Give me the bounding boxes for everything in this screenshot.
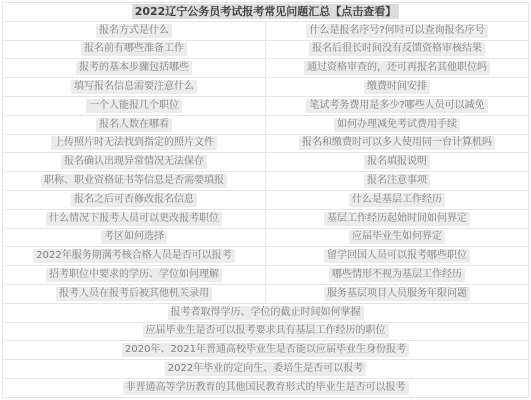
table-row-fullwidth: 报考者取得学历、学位的截止时间如何掌握 — [3, 303, 529, 322]
faq-link[interactable]: 留学回国人员可以报考哪些职位 — [324, 249, 470, 263]
faq-cell: 报考的基本步骤包括哪些 — [3, 59, 266, 78]
faq-link[interactable]: 2020年、2021年普通高校毕业生是否能以应届毕业生身份报考 — [122, 343, 409, 357]
faq-link[interactable]: 报考人员在报考后被其他机关录用 — [56, 287, 212, 301]
faq-link[interactable]: 报考的基本步骤包括哪些 — [76, 61, 192, 75]
table-row-fullwidth: 2022年毕业的定向生、委培生是否可以报考 — [3, 360, 529, 379]
faq-link[interactable]: 报名方式是什么 — [96, 24, 172, 38]
faq-link[interactable]: 应届毕业生是否可以报考要求具有基层工作经历的职位 — [143, 324, 389, 338]
faq-cell: 考区如何选择 — [3, 228, 266, 247]
table-row: 考区如何选择 应届毕业生如何界定 — [3, 228, 529, 247]
faq-link[interactable]: 填写报名信息需要注意什么 — [71, 80, 197, 94]
faq-link[interactable]: 2022年服务期满考核合格人员是否可以报考 — [33, 249, 234, 263]
table-row: 什么情况下报考人员可以更改报考职位 基层工作经历起始时间如何界定 — [3, 209, 529, 228]
table-row-fullwidth: 应届毕业生是否可以报考要求具有基层工作经历的职位 — [3, 322, 529, 341]
faq-link[interactable]: 服务基层项目人员服务年限问题 — [324, 287, 470, 301]
table-row: 报考的基本步骤包括哪些 通过资格审查的，还可再报名其他职位吗 — [3, 59, 529, 78]
faq-cell: 报名之后可否修改报名信息 — [3, 190, 266, 209]
faq-link[interactable]: 报名之后可否修改报名信息 — [71, 193, 197, 207]
faq-link[interactable]: 考区如何选择 — [101, 230, 167, 244]
faq-link[interactable]: 如何办理减免考试费用手续 — [334, 118, 460, 132]
faq-link[interactable]: 笔试考务费用是多少?哪些人员可以减免 — [306, 99, 487, 113]
table-title-row: 2022辽宁公务员考试报考常见问题汇总【点击查看】 — [3, 3, 529, 22]
table-row: 报名确认出现异常情况无法保存 报名填报说明 — [3, 153, 529, 172]
table-row: 招考职位中要求的学历、学位如何理解 哪些情形不视为基层工作经历 — [3, 266, 529, 285]
faq-cell: 2020年、2021年普通高校毕业生是否能以应届毕业生身份报考 — [3, 341, 529, 360]
table-row: 报名人数在哪看 如何办理减免考试费用手续 — [3, 115, 529, 134]
table-row: 2022年服务期满考核合格人员是否可以报考 留学回国人员可以报考哪些职位 — [3, 247, 529, 266]
faq-link[interactable]: 应届毕业生如何界定 — [349, 230, 445, 244]
faq-link[interactable]: 报名后很长时间没有反馈资格审核结果 — [309, 42, 485, 56]
faq-link[interactable]: 哪些情形不视为基层工作经历 — [329, 268, 465, 282]
table-title-link[interactable]: 2022辽宁公务员考试报考常见问题汇总【点击查看】 — [132, 4, 400, 19]
faq-link[interactable]: 什么是基层工作经历 — [349, 193, 445, 207]
faq-cell: 非普通高等学历教育的其他国民教育形式的毕业生是否可以报考 — [3, 378, 529, 397]
faq-cell: 基层工作经历起始时间如何界定 — [266, 209, 529, 228]
faq-link[interactable]: 2022年毕业的定向生、委培生是否可以报考 — [165, 362, 366, 376]
faq-link[interactable]: 通过资格审查的，还可再报名其他职位吗 — [304, 61, 490, 75]
faq-link[interactable]: 上传照片时无法找到指定的照片文件 — [51, 136, 217, 150]
faq-link[interactable]: 报名和缴费时可以多人使用同一台计算机吗 — [299, 136, 495, 150]
table-row: 报名方式是什么 什么是报名序号?何时可以查询报名序号 — [3, 21, 529, 40]
table-row: 报考人员在报考后被其他机关录用 服务基层项目人员服务年限问题 — [3, 284, 529, 303]
faq-cell: 职称、职业资格证书等信息是否需要填报 — [3, 172, 266, 191]
faq-cell: 报名前有哪些准备工作 — [3, 40, 266, 59]
faq-cell: 如何办理减免考试费用手续 — [266, 115, 529, 134]
faq-cell: 报名人数在哪看 — [3, 115, 266, 134]
faq-cell: 2022年毕业的定向生、委培生是否可以报考 — [3, 360, 529, 379]
faq-cell: 笔试考务费用是多少?哪些人员可以减免 — [266, 96, 529, 115]
faq-cell: 报名注意事项 — [266, 172, 529, 191]
table-row: 填写报名信息需要注意什么 缴费时间安排 — [3, 78, 529, 97]
faq-link[interactable]: 职称、职业资格证书等信息是否需要填报 — [41, 174, 227, 188]
faq-cell: 报名方式是什么 — [3, 21, 266, 40]
faq-cell: 服务基层项目人员服务年限问题 — [266, 284, 529, 303]
faq-link[interactable]: 招考职位中要求的学历、学位如何理解 — [46, 268, 222, 282]
faq-link[interactable]: 报名确认出现异常情况无法保存 — [61, 155, 207, 169]
faq-link[interactable]: 基层工作经历起始时间如何界定 — [324, 212, 470, 226]
title-cell: 2022辽宁公务员考试报考常见问题汇总【点击查看】 — [3, 3, 529, 22]
table-row: 报名前有哪些准备工作 报名后很长时间没有反馈资格审核结果 — [3, 40, 529, 59]
faq-link[interactable]: 什么是报名序号?何时可以查询报名序号 — [306, 24, 487, 38]
faq-cell: 报名确认出现异常情况无法保存 — [3, 153, 266, 172]
faq-link[interactable]: 报名前有哪些准备工作 — [81, 42, 187, 56]
faq-cell: 报考人员在报考后被其他机关录用 — [3, 284, 266, 303]
faq-cell: 什么是报名序号?何时可以查询报名序号 — [266, 21, 529, 40]
faq-link[interactable]: 非普通高等学历教育的其他国民教育形式的毕业生是否可以报考 — [123, 381, 409, 395]
faq-cell: 留学回国人员可以报考哪些职位 — [266, 247, 529, 266]
faq-link[interactable]: 报名人数在哪看 — [96, 118, 172, 132]
faq-cell: 缴费时间安排 — [266, 78, 529, 97]
faq-cell: 2022年服务期满考核合格人员是否可以报考 — [3, 247, 266, 266]
table-row-fullwidth: 非普通高等学历教育的其他国民教育形式的毕业生是否可以报考 — [3, 378, 529, 397]
faq-cell: 哪些情形不视为基层工作经历 — [266, 266, 529, 285]
faq-link[interactable]: 缴费时间安排 — [364, 80, 430, 94]
faq-cell: 应届毕业生如何界定 — [266, 228, 529, 247]
faq-link[interactable]: 报名填报说明 — [364, 155, 430, 169]
faq-link[interactable]: 一个人能报几个职位 — [86, 99, 182, 113]
faq-cell: 上传照片时无法找到指定的照片文件 — [3, 134, 266, 153]
faq-table: 2022辽宁公务员考试报考常见问题汇总【点击查看】 报名方式是什么 什么是报名序… — [2, 2, 529, 398]
faq-cell: 通过资格审查的，还可再报名其他职位吗 — [266, 59, 529, 78]
table-row: 一个人能报几个职位 笔试考务费用是多少?哪些人员可以减免 — [3, 96, 529, 115]
faq-cell: 什么是基层工作经历 — [266, 190, 529, 209]
faq-cell: 报名和缴费时可以多人使用同一台计算机吗 — [266, 134, 529, 153]
table-row: 上传照片时无法找到指定的照片文件 报名和缴费时可以多人使用同一台计算机吗 — [3, 134, 529, 153]
faq-cell: 报名后很长时间没有反馈资格审核结果 — [266, 40, 529, 59]
table-row-fullwidth: 2020年、2021年普通高校毕业生是否能以应届毕业生身份报考 — [3, 341, 529, 360]
faq-link[interactable]: 报名注意事项 — [364, 174, 430, 188]
faq-link[interactable]: 报考者取得学历、学位的截止时间如何掌握 — [168, 306, 364, 320]
faq-cell: 应届毕业生是否可以报考要求具有基层工作经历的职位 — [3, 322, 529, 341]
faq-link[interactable]: 什么情况下报考人员可以更改报考职位 — [46, 212, 222, 226]
faq-cell: 报考者取得学历、学位的截止时间如何掌握 — [3, 303, 529, 322]
faq-cell: 招考职位中要求的学历、学位如何理解 — [3, 266, 266, 285]
faq-cell: 什么情况下报考人员可以更改报考职位 — [3, 209, 266, 228]
table-row: 职称、职业资格证书等信息是否需要填报 报名注意事项 — [3, 172, 529, 191]
faq-cell: 报名填报说明 — [266, 153, 529, 172]
table-row: 报名之后可否修改报名信息 什么是基层工作经历 — [3, 190, 529, 209]
faq-table-container: 2022辽宁公务员考试报考常见问题汇总【点击查看】 报名方式是什么 什么是报名序… — [0, 0, 531, 400]
faq-cell: 填写报名信息需要注意什么 — [3, 78, 266, 97]
faq-cell: 一个人能报几个职位 — [3, 96, 266, 115]
